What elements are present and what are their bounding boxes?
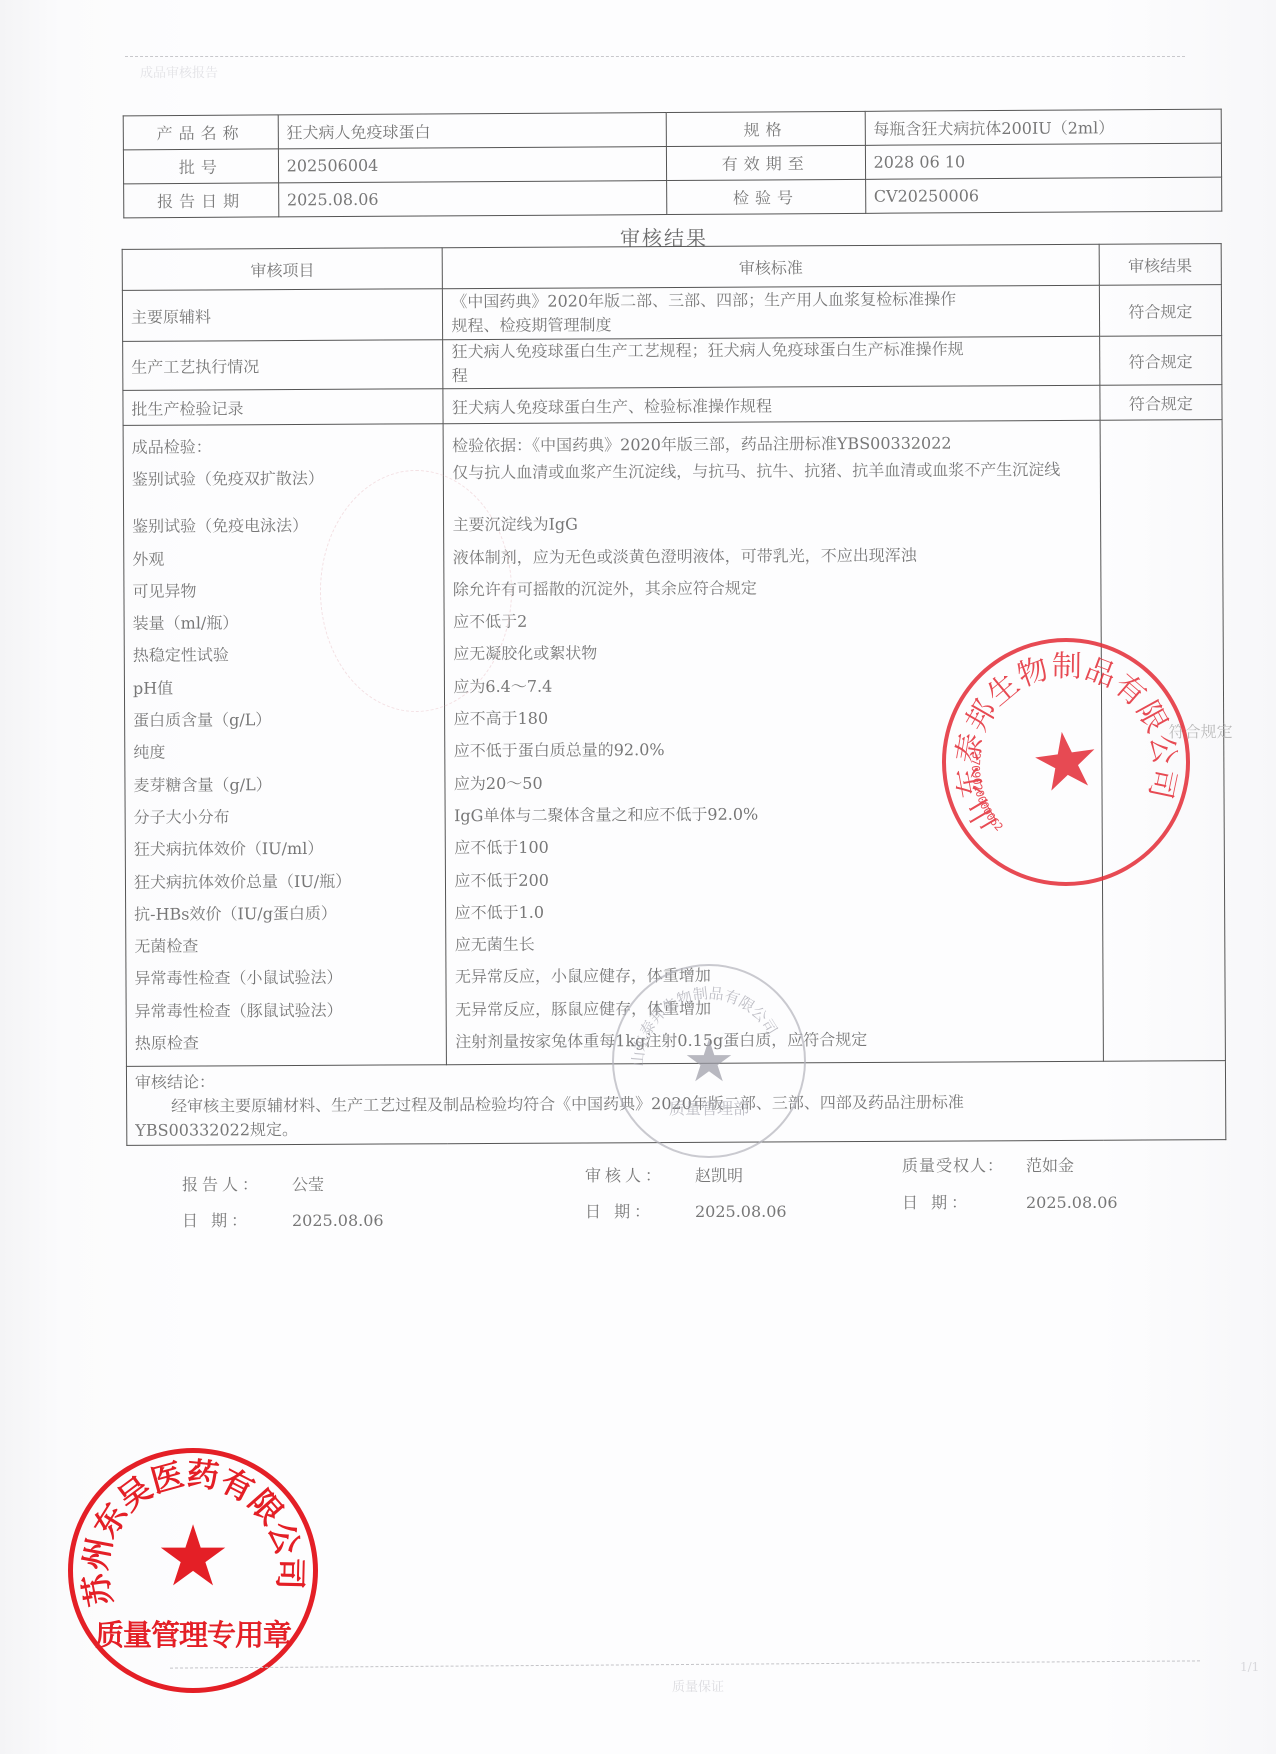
test-item: 纯度 xyxy=(133,736,437,770)
test-standard: 应不低于1.0 xyxy=(454,894,1093,930)
row-standard: 《中国药典》2020年版二部、三部、四部；生产用人血浆复检标准操作 规程、检疫期… xyxy=(443,285,1100,339)
qa-label: 质量受权人： xyxy=(902,1153,1026,1176)
table-row: 生产工艺执行情况 狂犬病人免疫球蛋白生产工艺规程；狂犬病人免疫球蛋白生产标准操作… xyxy=(123,336,1222,391)
row-result: 符合规定 xyxy=(1100,385,1222,421)
star-icon: ★ xyxy=(155,1507,230,1605)
batch-label: 批号 xyxy=(123,149,278,184)
row-standard: 狂犬病人免疫球蛋白生产、检验标准操作规程 xyxy=(443,385,1099,423)
table-row: 批生产检验记录 狂犬病人免疫球蛋白生产、检验标准操作规程 符合规定 xyxy=(123,385,1222,426)
test-item: 热原检查 xyxy=(135,1026,439,1060)
standard-line: 程 xyxy=(452,361,1091,388)
column-header-result: 审核结果 xyxy=(1099,244,1222,286)
product-name-value: 狂犬病人免疫球蛋白 xyxy=(278,113,666,149)
reviewer-signature: 审核人：赵凯明 xyxy=(585,1163,743,1186)
spec-value: 每瓶含狂犬病抗体200IU（2ml） xyxy=(865,109,1222,145)
standard-line: 狂犬病人免疫球蛋白生产工艺规程；狂犬病人免疫球蛋白生产标准操作规 xyxy=(452,337,1091,364)
dongwu-seal-bottom-text: 质量管理专用章 xyxy=(73,1613,313,1654)
row-result: 符合规定 xyxy=(1099,285,1222,337)
test-item: 异常毒性检查（豚鼠试验法） xyxy=(135,994,439,1028)
table-row: 主要原辅料 《中国药典》2020年版二部、三部、四部；生产用人血浆复检标准操作 … xyxy=(122,285,1221,342)
review-header-row: 审核项目 审核标准 审核结果 xyxy=(122,244,1221,291)
quality-dept-seal: 山东泰邦生物制品有限公司 ★ 质量管理部 xyxy=(612,964,806,1158)
test-item: 分子大小分布 xyxy=(134,800,438,834)
test-standard: 除允许有可摇散的沉淀外，其余应符合规定 xyxy=(453,571,1092,607)
test-standard: 仅与抗人血清或血浆产生沉淀线，与抗马、抗牛、抗猪、抗羊血清或血浆不产生沉淀线 xyxy=(452,459,1092,509)
test-standard: 应不低于2 xyxy=(453,603,1092,639)
header-divider xyxy=(125,56,1185,57)
report-date-label: 报告日期 xyxy=(124,183,279,218)
faint-seal-impression xyxy=(320,470,512,712)
test-item: 成品检验： xyxy=(132,430,436,464)
quality-seal-bottom-text: 质量管理部 xyxy=(614,1096,804,1119)
reporter-date: 日 期：2025.08.06 xyxy=(182,1208,384,1231)
qa-date-label: 日 期： xyxy=(902,1190,1026,1213)
test-number-value: CV20250006 xyxy=(865,177,1222,213)
report-date-value: 2025.08.06 xyxy=(278,181,666,217)
row-standard: 狂犬病人免疫球蛋白生产工艺规程；狂犬病人免疫球蛋白生产标准操作规 程 xyxy=(443,336,1100,388)
company-seal-dongwu: 苏州东吴医药有限公司 ★ 质量管理专用章 xyxy=(68,1448,318,1693)
header-faint-text: 成品审核报告 xyxy=(140,62,218,81)
reporter-date-label: 日 期： xyxy=(182,1208,292,1231)
test-item: 麦芽糖含量（g/L） xyxy=(133,768,437,802)
info-row: 报告日期 2025.08.06 检验号 CV20250006 xyxy=(124,177,1222,218)
test-number-label: 检验号 xyxy=(667,179,866,214)
qa-name: 范如金 xyxy=(1026,1156,1074,1175)
test-standard: 检验依据：《中国药典》2020年版三部，药品注册标准YBS00332022 xyxy=(452,427,1091,463)
star-icon: ★ xyxy=(683,1027,735,1095)
qa-date: 日 期：2025.08.06 xyxy=(902,1190,1118,1213)
row-result: 符合规定 xyxy=(1099,336,1222,386)
reviewer-date: 日 期：2025.08.06 xyxy=(585,1199,787,1222)
row-item: 主要原辅料 xyxy=(122,289,443,342)
product-info-table: 产品名称 狂犬病人免疫球蛋白 规格 每瓶含狂犬病抗体200IU（2ml） 批号 … xyxy=(123,109,1223,219)
test-standard: 主要沉淀线为IgG xyxy=(452,506,1091,542)
batch-value: 202506004 xyxy=(278,147,666,183)
standard-line: 《中国药典》2020年版二部、三部、四部；生产用人血浆复检标准操作 xyxy=(451,287,1090,314)
expiry-label: 有效期至 xyxy=(666,145,865,180)
reporter-name: 公莹 xyxy=(292,1175,324,1194)
footer-page-number: 1/1 xyxy=(1240,1660,1259,1674)
reviewer-date-value: 2025.08.06 xyxy=(695,1202,787,1221)
qa-signature: 质量受权人：范如金 xyxy=(902,1153,1074,1176)
reporter-label: 报告人： xyxy=(182,1172,292,1195)
test-standard: 液体制剂，应为无色或淡黄色澄明液体，可带乳光，不应出现浑浊 xyxy=(453,538,1092,574)
reporter-signature: 报告人：公莹 xyxy=(182,1172,324,1195)
star-icon: ★ xyxy=(1025,713,1107,812)
reviewer-label: 审核人： xyxy=(585,1163,695,1186)
test-item: 狂犬病抗体效价总量（IU/瓶） xyxy=(134,865,438,899)
reporter-date-value: 2025.08.06 xyxy=(292,1211,384,1230)
test-item: 蛋白质含量（g/L） xyxy=(133,703,437,737)
standard-line: 规程、检疫期管理制度 xyxy=(451,311,1090,338)
test-item: 抗-HBs效价（IU/g蛋白质） xyxy=(134,897,438,931)
qa-date-value: 2025.08.06 xyxy=(1026,1193,1118,1212)
expiry-value: 2028 06 10 xyxy=(865,143,1222,179)
test-item: 无菌检查 xyxy=(134,929,438,963)
row-item: 生产工艺执行情况 xyxy=(123,340,444,391)
spec-label: 规格 xyxy=(666,111,865,146)
product-name-label: 产品名称 xyxy=(123,115,278,150)
reviewer-date-label: 日 期： xyxy=(585,1199,695,1222)
test-standard: 应无菌生长 xyxy=(455,926,1094,962)
row-item: 批生产检验记录 xyxy=(123,389,444,426)
column-header-item: 审核项目 xyxy=(122,248,443,291)
column-header-standard: 审核标准 xyxy=(443,244,1099,288)
reviewer-name: 赵凯明 xyxy=(695,1166,743,1185)
test-item: 异常毒性检查（小鼠试验法） xyxy=(134,962,438,996)
test-item: 狂犬病抗体效价（IU/ml） xyxy=(134,833,438,867)
footer-faint-text: 质量保证 xyxy=(672,1676,724,1695)
company-seal-taibang: 山东泰邦生物制品有限公司 3709020000062 ★ xyxy=(926,622,1206,902)
